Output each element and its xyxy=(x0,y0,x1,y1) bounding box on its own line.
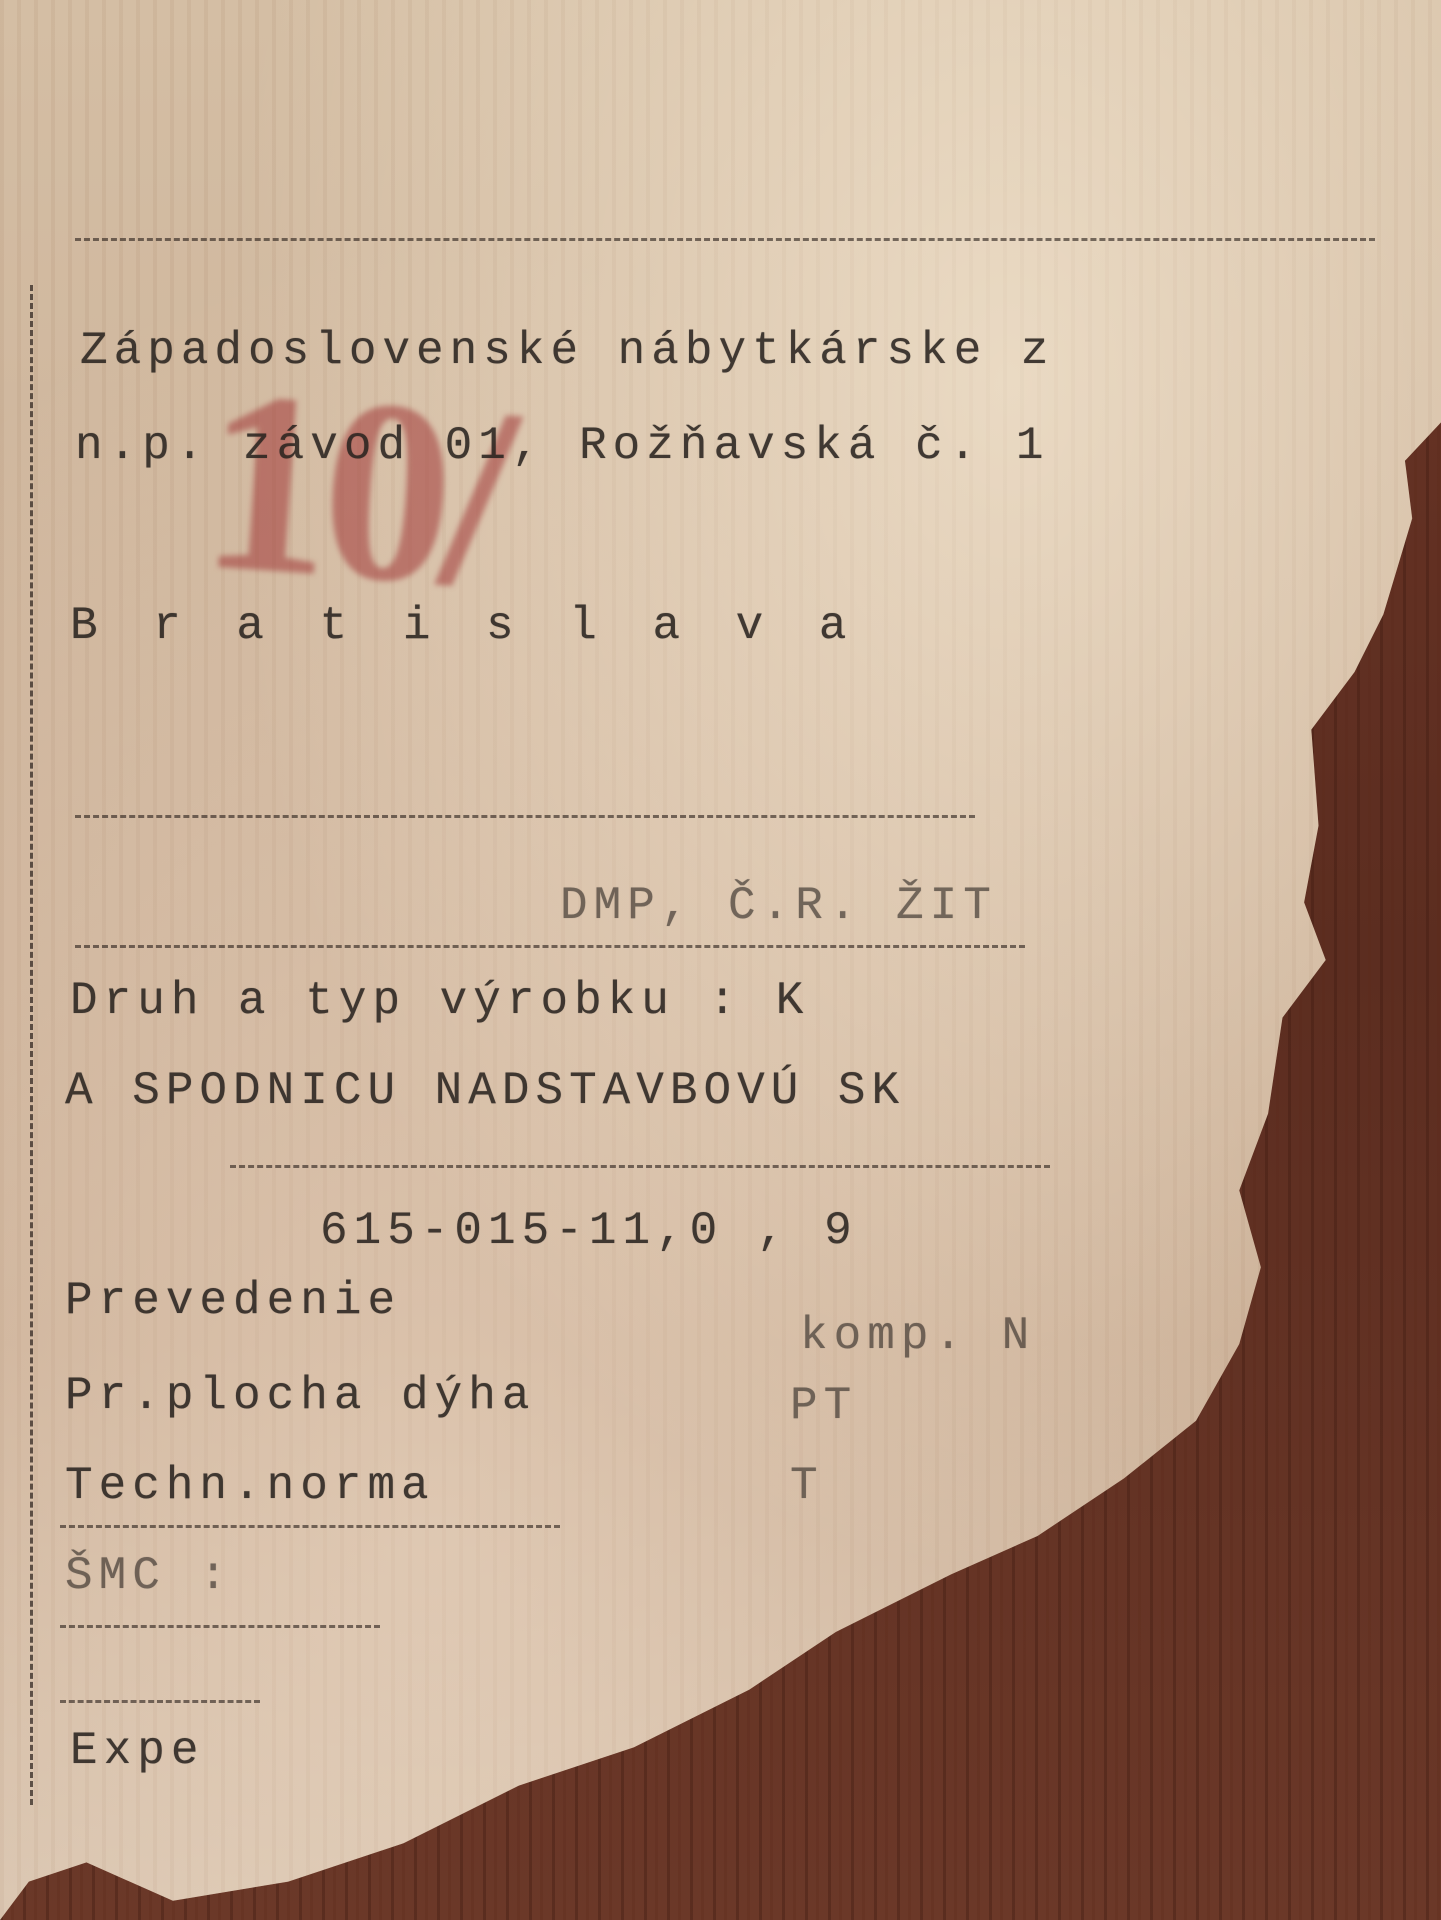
section-rule-6 xyxy=(60,1700,260,1703)
section-rule-2 xyxy=(75,945,1025,948)
technical-norm-value: T xyxy=(790,1460,824,1512)
top-rule xyxy=(75,238,1375,241)
product-code: 615-015-11,0 , 9 xyxy=(320,1205,858,1257)
standard-reference: DMP, Č.R. ŽIT xyxy=(560,880,997,932)
shipping-label: Expe xyxy=(70,1725,204,1777)
section-rule-4 xyxy=(60,1525,560,1528)
price-label: ŠMC : xyxy=(65,1550,233,1602)
product-type-label: Druh a typ výrobku : K xyxy=(70,975,809,1027)
section-rule-3 xyxy=(230,1165,1050,1168)
left-border-line xyxy=(30,285,33,1805)
red-stamp-mark: 10/ xyxy=(190,349,1111,741)
section-rule-5 xyxy=(60,1625,380,1628)
technical-norm-label: Techn.norma xyxy=(65,1460,435,1512)
veneer-value: PT xyxy=(790,1380,857,1432)
manufacturer-line-1: Západoslovenské nábytkárske z xyxy=(80,325,1055,377)
finish-value: komp. N xyxy=(800,1310,1035,1362)
paper-label xyxy=(0,0,1441,1920)
finish-label: Prevedenie xyxy=(65,1275,401,1327)
section-rule-1 xyxy=(75,815,975,818)
manufacturer-line-2: n.p. závod 01, Rožňavská č. 1 xyxy=(75,420,1050,472)
city: B r a t i s l a v a xyxy=(70,600,861,652)
product-type-value: A SPODNICU NADSTAVBOVÚ SK xyxy=(65,1065,905,1117)
veneer-label: Pr.plocha dýha xyxy=(65,1370,535,1422)
